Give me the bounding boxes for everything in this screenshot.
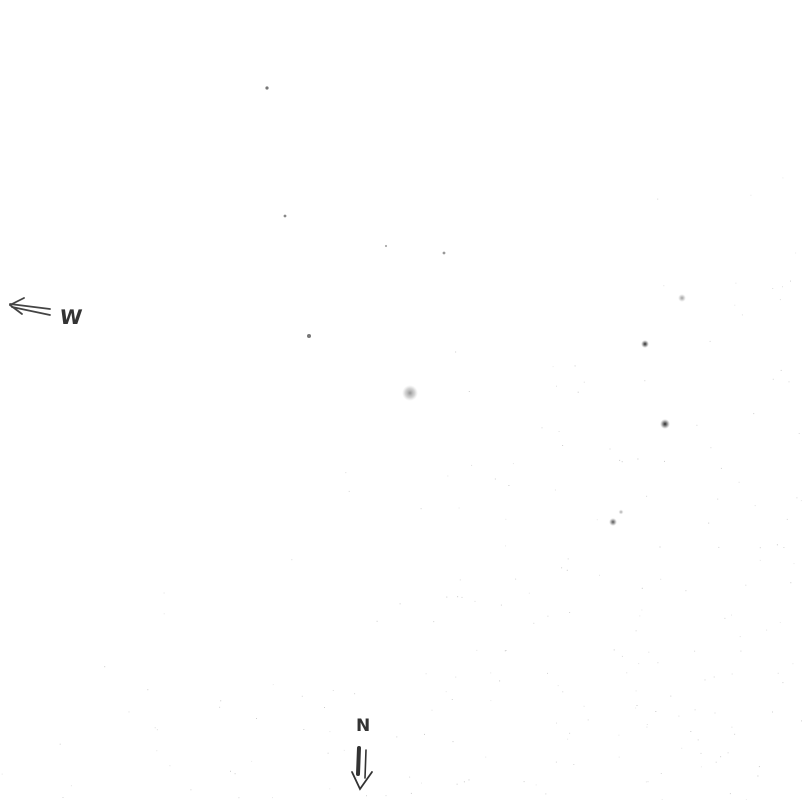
star-9 bbox=[609, 518, 617, 526]
star-4 bbox=[443, 252, 446, 255]
star-field-sketch bbox=[0, 0, 802, 800]
nebula bbox=[402, 385, 418, 401]
star-2 bbox=[284, 215, 287, 218]
star-8 bbox=[660, 419, 670, 429]
paper-grain bbox=[2, 177, 802, 800]
left-arrow-icon bbox=[10, 298, 50, 315]
north-label: N bbox=[356, 716, 370, 736]
star-10 bbox=[619, 510, 624, 515]
west-label: W bbox=[59, 305, 84, 329]
star-7 bbox=[641, 340, 649, 348]
star-1 bbox=[265, 86, 268, 89]
star-5 bbox=[307, 334, 311, 338]
down-arrow-icon bbox=[352, 748, 372, 789]
star-6 bbox=[678, 294, 686, 302]
star-3 bbox=[385, 245, 387, 247]
